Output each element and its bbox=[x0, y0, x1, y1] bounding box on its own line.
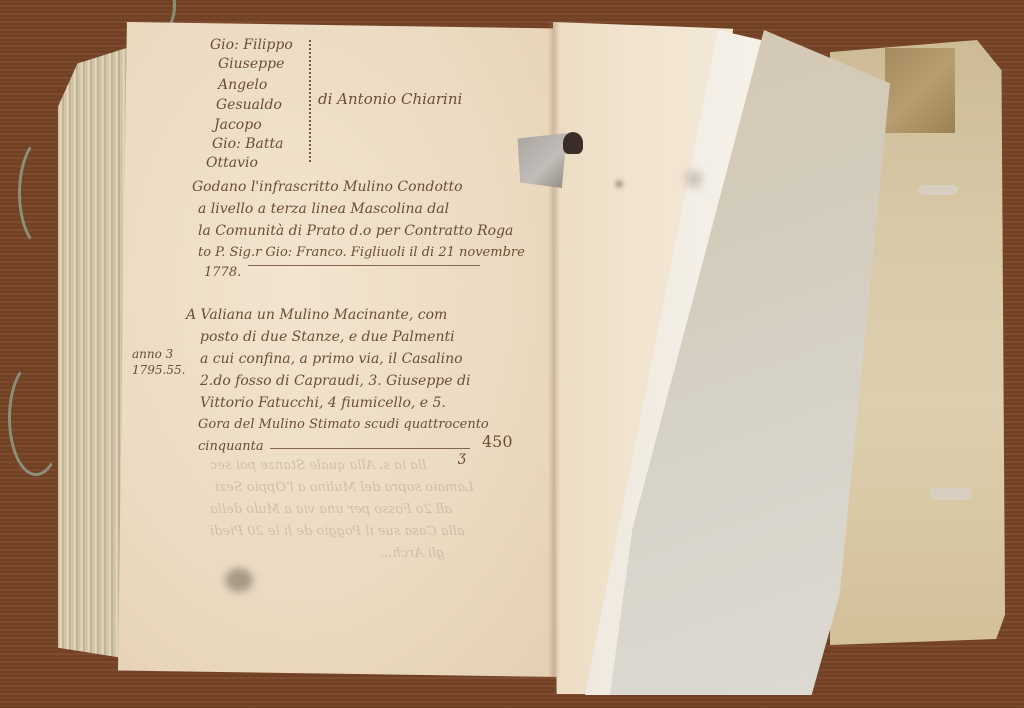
name-line: Gesualdo bbox=[216, 98, 282, 112]
bleed-through-text: gli Arch... bbox=[380, 546, 444, 561]
cover-strap-upper bbox=[918, 185, 958, 195]
name-line: Giuseppe bbox=[218, 57, 284, 71]
name-line: Gio: Filippo bbox=[210, 38, 293, 52]
entry2-line: a cui confina, a primo via, il Casalino bbox=[200, 352, 463, 366]
margin-note: 1795.55. bbox=[132, 364, 185, 376]
spot-stain bbox=[615, 180, 623, 188]
entry2-line: 2.do fosso di Capraudi, 3. Giuseppe di bbox=[200, 374, 470, 388]
bleed-through-text: alla Casa sue il Poggio de li le 20 Pied… bbox=[210, 524, 465, 539]
bleed-through-text: all 2o Fosso per una via a Mulo della bbox=[210, 502, 452, 517]
book-spine bbox=[548, 22, 560, 677]
page-hole bbox=[563, 132, 583, 154]
binding-cord-left-lower bbox=[8, 360, 64, 476]
entry2-line: posto di due Stanze, e due Palmenti bbox=[200, 330, 455, 344]
paper-tab bbox=[515, 133, 567, 188]
entry1-line: la Comunità di Prato d.o per Contratto R… bbox=[198, 224, 513, 238]
entry2-line: A Valiana un Mulino Macinante, com bbox=[186, 308, 447, 322]
name-line: Ottavio bbox=[206, 156, 258, 170]
name-line: Gio: Batta bbox=[212, 137, 284, 151]
entry-rule bbox=[270, 448, 470, 449]
amount: 450 bbox=[482, 434, 513, 450]
name-line: Angelo bbox=[218, 78, 267, 92]
margin-note: anno 3 bbox=[132, 348, 173, 360]
ink-stain bbox=[225, 568, 253, 592]
family-note: di Antonio Chiarini bbox=[318, 92, 462, 107]
currency-mark: ʒ bbox=[458, 450, 466, 464]
cover-strap-lower bbox=[930, 488, 972, 500]
spot-stain bbox=[685, 170, 703, 188]
entry1-line: a livello a terza linea Mascolina dal bbox=[198, 202, 449, 216]
entry1-line: Godano l'infrascritto Mulino Condotto bbox=[192, 180, 463, 194]
entry2-line: Vittorio Fatucchi, 4 fiumicello, e 5. bbox=[200, 396, 446, 410]
name-line: Jacopo bbox=[214, 118, 262, 132]
entry2-line: Gora del Mulino Stimato scudi quattrocen… bbox=[198, 418, 489, 431]
entry1-line: 1778. bbox=[204, 266, 241, 279]
entry2-line: cinquanta bbox=[198, 440, 264, 453]
entry1-line: to P. Sig.r Gio: Franco. Figliuoli il di… bbox=[198, 246, 525, 259]
grouping-brace bbox=[295, 40, 311, 162]
bleed-through-text: lla ia s. Alla quale Stanze poi sec bbox=[210, 458, 426, 473]
worn-cover-patch bbox=[885, 48, 955, 133]
bleed-through-text: Lamaio sopra del Mulino a l'Oppio Sezi bbox=[215, 480, 474, 495]
entry-rule bbox=[248, 265, 480, 266]
left-page bbox=[118, 22, 563, 677]
